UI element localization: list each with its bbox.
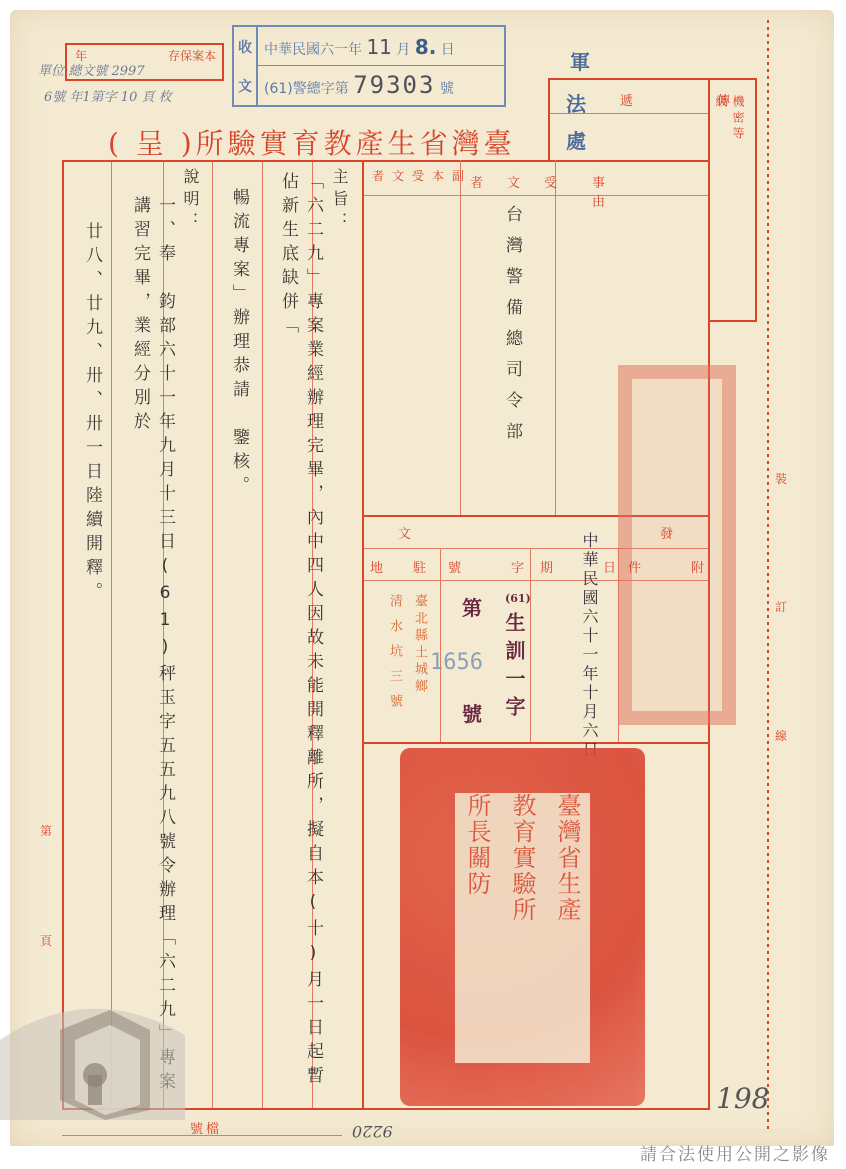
- location-line-1: 臺北縣土城鄉: [410, 594, 429, 696]
- receipt-ref-number: 79303: [353, 71, 435, 99]
- form-top-border: [62, 160, 708, 162]
- official-seal: 臺灣省生產 教育實驗所 所長關防: [400, 748, 645, 1106]
- dispatch-number-prefix: (61): [505, 592, 531, 605]
- dispatch-col-div1: [440, 548, 441, 742]
- dispatch-label-left: 文: [398, 523, 411, 542]
- routing-stamp-bottom: 處: [566, 125, 586, 154]
- faint-seal-impression: [618, 365, 736, 725]
- main-label: 主旨：: [328, 168, 351, 234]
- transmit-label: 傳 遞: [620, 90, 770, 109]
- routing-box-right: [755, 78, 757, 322]
- page-label-top: 第: [40, 822, 52, 839]
- dispatch-number-hao: 號: [462, 698, 482, 727]
- receipt-label-bottom: 文: [238, 76, 252, 96]
- routing-box-top: [548, 78, 756, 80]
- col-location-header: 駐地: [370, 557, 456, 576]
- archive-logo-watermark: [0, 960, 190, 1120]
- seal-col-2: 教育實驗所: [505, 793, 540, 1063]
- subject-label: 事由: [575, 172, 695, 210]
- issuing-agency: 臺灣省生產教育實驗所: [196, 122, 516, 162]
- secrecy-box-bottom: [708, 320, 757, 322]
- routing-stamp-mid: 法: [566, 88, 586, 117]
- dispatch-number-value: 1656: [430, 650, 483, 675]
- secrecy-level-label: 機密等級: [713, 95, 747, 145]
- dispatch-date: 中華民國六十一年十月六日: [578, 532, 601, 760]
- document-type: ( 呈 ): [108, 127, 196, 160]
- receipt-stamp-side: 收 文: [234, 27, 258, 105]
- archive-number-handwriting: 單位:總文號 2997: [38, 60, 145, 79]
- binding-label-1: 裝: [775, 470, 787, 487]
- dispatch-label-right: 發: [660, 523, 673, 542]
- receipt-month-suffix: 月: [396, 42, 410, 58]
- receipt-label-top: 收: [238, 37, 252, 57]
- page-label-bottom: 頁: [40, 932, 52, 949]
- cc-label: 副本受文者: [372, 167, 472, 184]
- receipt-day: 8.: [415, 35, 437, 59]
- receipt-stamp: 收 文 中華民國六一年 11 月 8. 日 (61)警總字第 79303 號: [232, 25, 506, 107]
- binding-line: [767, 20, 769, 1130]
- seal-col-3: 所長關防: [460, 793, 495, 1063]
- routing-stamp-top: 軍: [570, 46, 590, 75]
- archive-page-handwriting: 6號 年1第字 10 頁 枚: [44, 86, 172, 105]
- usage-watermark: 請合法使用公開之影像: [640, 1140, 830, 1165]
- handwritten-number-left: 9220: [352, 1122, 393, 1141]
- binding-label-2: 訂: [775, 598, 787, 615]
- binding-label-3: 線: [775, 727, 787, 744]
- receipt-date-prefix: 中華民國六一年: [264, 42, 362, 58]
- recipient-name: 台灣警備總司令部: [500, 205, 525, 453]
- body-rule-4: [262, 162, 263, 1108]
- seal-inscription: 臺灣省生產 教育實驗所 所長關防: [455, 793, 590, 1063]
- document-title: ( 呈 )臺灣省生產教育實驗所: [108, 122, 516, 162]
- dispatch-bottom-line: [364, 742, 708, 744]
- receipt-divider: [256, 65, 504, 66]
- receipt-day-suffix: 日: [441, 42, 455, 58]
- form-column-divider: [362, 160, 364, 1110]
- body-rule-3: [212, 162, 213, 1108]
- subject-label-text: 事由: [575, 172, 695, 210]
- file-number-label: 檔號: [190, 1118, 222, 1137]
- receipt-month: 11: [366, 35, 391, 59]
- recipient-divider: [460, 160, 461, 515]
- seal-col-1: 臺灣省生產: [550, 793, 585, 1063]
- receipt-ref: (61)警總字第 79303 號: [264, 71, 454, 99]
- main-text-line-2: 暢流專案」辦理恭請 鑒核。: [227, 188, 252, 500]
- recipient-label: 受文者: [470, 172, 581, 191]
- subject-divider: [555, 160, 556, 515]
- col-attach-header: 附件: [628, 557, 754, 576]
- receipt-date: 中華民國六一年 11 月 8. 日: [264, 35, 455, 59]
- explain-line-2: 廿八、廿九、卅、卅一日陸續開釋。: [80, 222, 105, 606]
- dispatch-number-di: 第: [462, 592, 482, 621]
- routing-box-left: [548, 78, 550, 160]
- main-text-line-1: 「六二九」專案業經辦理完畢，內中四人因故未能開釋離所，擬自本(十)月一日起暫佔新…: [276, 172, 326, 1102]
- archive-retention-label: 本案保存: [168, 47, 216, 64]
- handwritten-page-number: 198: [716, 1082, 769, 1115]
- receipt-ref-prefix: (61)警總字第: [264, 81, 349, 97]
- explain-label: 說明：: [179, 168, 202, 234]
- dispatch-col-div2: [530, 548, 531, 742]
- location-line-2: 清水坑三號: [385, 594, 404, 719]
- dispatch-number-word: 生訓一字: [500, 612, 529, 724]
- receipt-ref-suffix: 號: [440, 81, 454, 97]
